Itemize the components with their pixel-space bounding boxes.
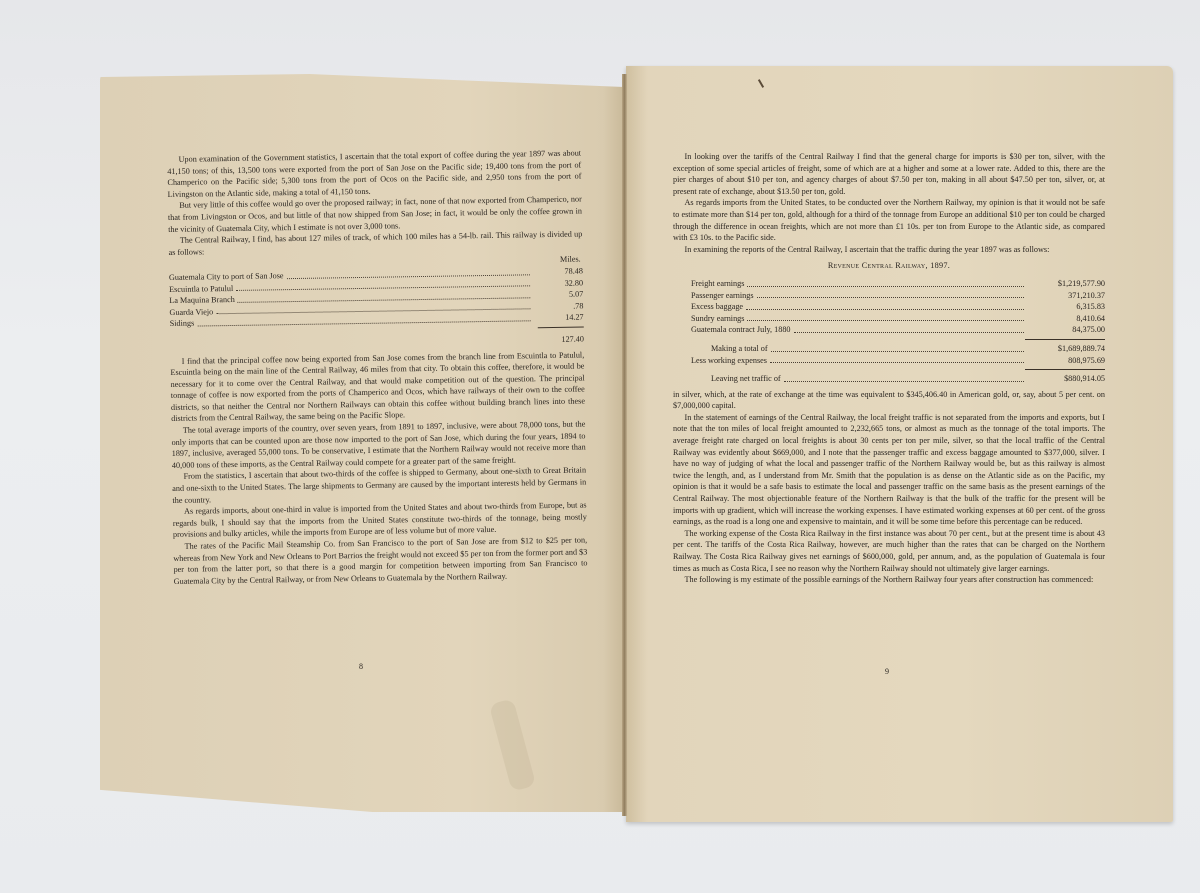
value: 5.07 [533,289,583,301]
label: La Maquina Branch [169,294,235,307]
value: .78 [533,300,583,312]
label: Guarda Viejo [169,306,213,318]
paragraph: The following is my estimate of the poss… [673,574,1105,586]
revenue-row: Sundry earnings8,410.64 [673,313,1105,325]
right-page-text: In looking over the tariffs of the Centr… [673,151,1105,586]
value: 8,410.64 [1027,313,1105,325]
paragraph: As regards imports from the United State… [673,197,1105,243]
revenue-row: Passenger earnings371,210.37 [673,290,1105,302]
value: 84,375.00 [1027,324,1105,336]
value: 78.48 [533,265,583,277]
revenue-table: Revenue Central Railway, 1897. Freight e… [673,260,1105,384]
label: Guatemala City to port of San Jose [169,270,284,283]
expenses-row: Less working expenses 808,975.69 [673,355,1105,367]
sum-rule [538,326,584,328]
value: 6,315.83 [1027,301,1105,313]
label: Passenger earnings [691,290,754,302]
label: Sundry earnings [691,313,744,325]
label: Sidings [170,318,195,330]
value: 371,210.37 [1027,290,1105,302]
value: 32.80 [533,277,583,289]
label: Making a total of [691,343,768,355]
label: Escuintla to Patulul [169,283,233,296]
revenue-row: Freight earnings$1,219,577.90 [673,278,1105,290]
net-traffic-row: Leaving net traffic of $880,914.05 [673,373,1105,385]
paragraph: In the statement of earnings of the Cent… [673,412,1105,528]
value: $1,219,577.90 [1027,278,1105,290]
label: Guatemala contract July, 1880 [691,324,791,336]
revenue-caption: Revenue Central Railway, 1897. [673,260,1105,272]
paragraph: In looking over the tariffs of the Centr… [673,151,1105,197]
mileage-total: 127.40 [170,333,584,351]
book-spine [622,74,627,816]
label: Leaving net traffic of [691,373,781,385]
value: $880,914.05 [1027,373,1105,385]
sum-rule [1025,339,1105,340]
value: 808,975.69 [1027,355,1105,367]
value: 14.27 [534,312,584,324]
label: Freight earnings [691,278,744,290]
paragraph: The working expense of the Costa Rica Ra… [673,528,1105,574]
paragraph: in silver, which, at the rate of exchang… [673,389,1105,412]
revenue-total-row: Making a total of $1,689,889.74 [673,343,1105,355]
page-number-left: 8 [359,662,363,671]
label: Excess baggage [691,301,743,313]
left-page-text: Upon examination of the Government stati… [167,147,588,587]
label: Less working expenses [691,355,767,367]
page-number-right: 9 [885,667,889,676]
paragraph: I find that the principal coffee now bei… [170,349,585,425]
revenue-row: Excess baggage6,315.83 [673,301,1105,313]
mileage-table: Miles. Guatemala City to port of San Jos… [169,254,584,352]
value: $1,689,889.74 [1027,343,1105,355]
paragraph: In examining the reports of the Central … [673,244,1105,256]
sum-rule [1025,369,1105,370]
paragraph: Upon examination of the Government stati… [167,147,582,200]
paragraph: The total average imports of the country… [171,419,586,472]
paragraph: The rates of the Pacific Mail Steamship … [173,534,588,587]
revenue-row: Guatemala contract July, 188084,375.00 [673,324,1105,336]
